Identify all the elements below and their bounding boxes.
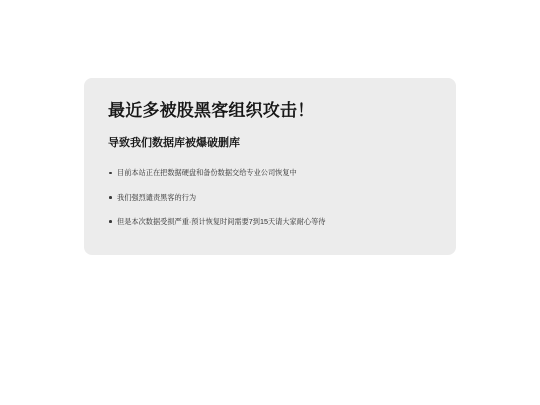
notice-list: 目前本站正在把数据硬盘和备份数据交给专业公司恢复中 我们强烈谴责黑客的行为 但是… — [108, 168, 432, 226]
bullet-dot-icon — [109, 220, 112, 223]
notice-bullet-item: 但是本次数据受损严重·预计恢复时间需要7到15天请大家耐心等待 — [108, 217, 432, 226]
notice-bullet-item: 我们强烈谴责黑客的行为 — [108, 193, 432, 202]
bullet-dot-icon — [109, 196, 112, 199]
notice-bullet-item: 目前本站正在把数据硬盘和备份数据交给专业公司恢复中 — [108, 168, 432, 177]
notice-card: 最近多被股黑客组织攻击！ 导致我们数据库被爆破删库 目前本站正在把数据硬盘和备份… — [84, 78, 456, 255]
notice-bullet-text: 但是本次数据受损严重·预计恢复时间需要7到15天请大家耐心等待 — [117, 217, 325, 226]
bullet-dot-icon — [109, 172, 112, 175]
notice-bullet-text: 我们强烈谴责黑客的行为 — [117, 193, 196, 202]
notice-subtitle: 导致我们数据库被爆破删库 — [108, 137, 432, 150]
notice-title: 最近多被股黑客组织攻击！ — [108, 100, 432, 121]
notice-bullet-text: 目前本站正在把数据硬盘和备份数据交给专业公司恢复中 — [117, 168, 297, 177]
